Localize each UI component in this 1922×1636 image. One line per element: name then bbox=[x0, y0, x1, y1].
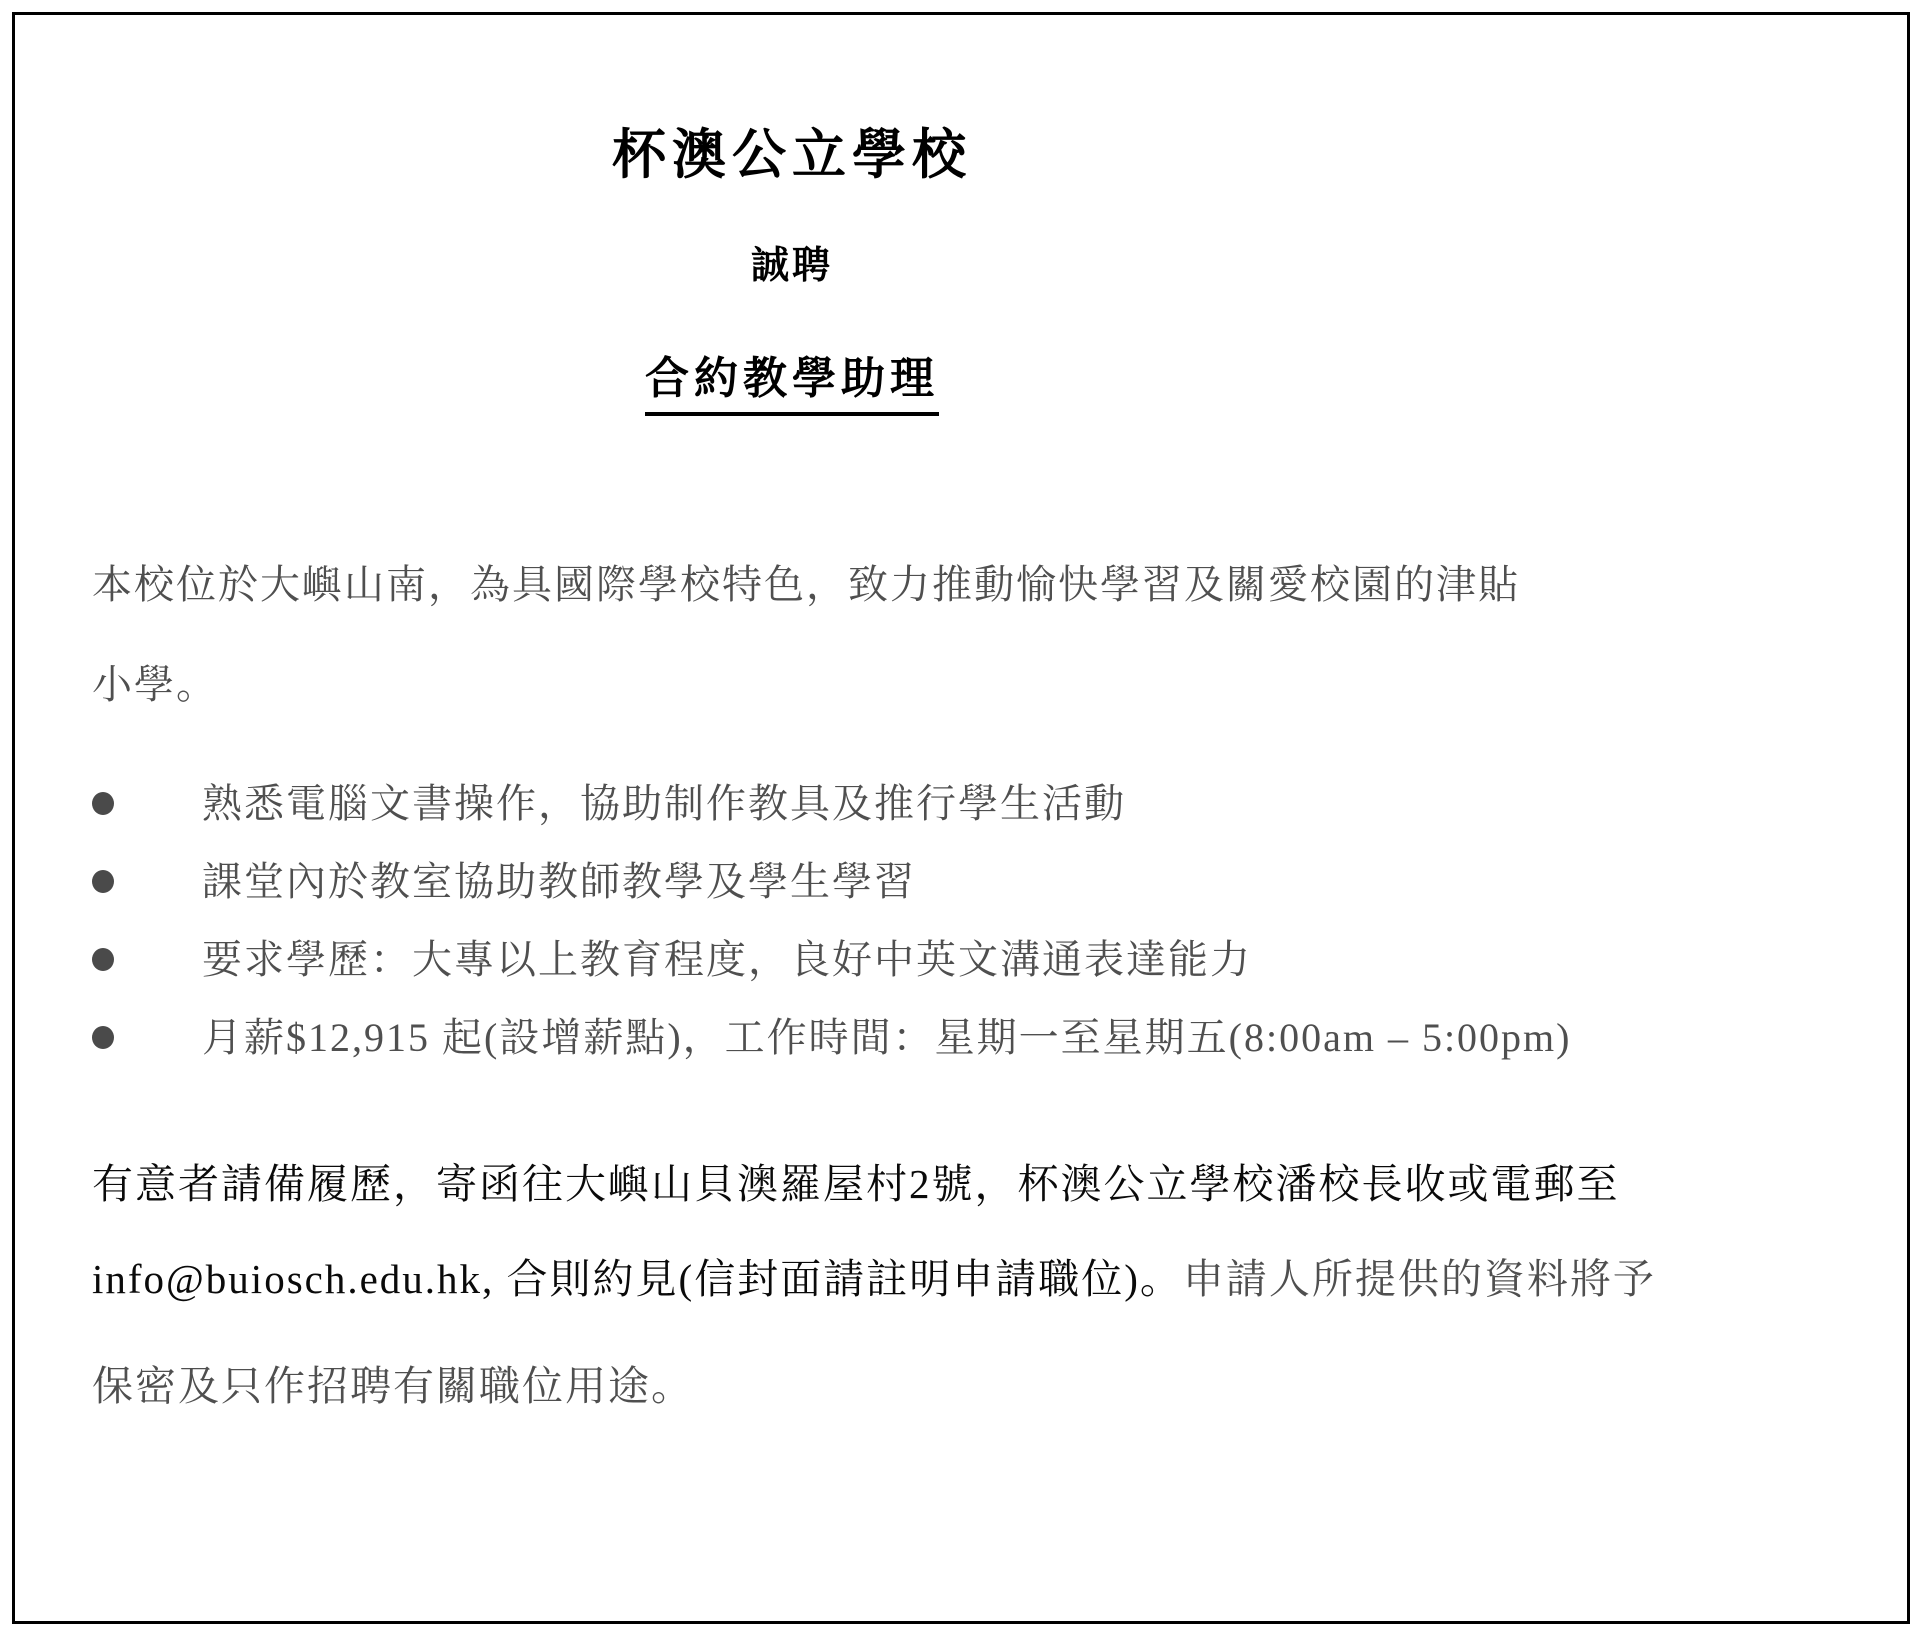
application-contact-email-text: info@buiosch.edu.hk, 合則約見(信封面請註明申請職位)。 bbox=[92, 1256, 1183, 1302]
list-item: 月薪$12,915 起(設增薪點)，工作時間：星期一至星期五(8:00am – … bbox=[92, 999, 1907, 1077]
bullet-icon bbox=[92, 870, 114, 893]
document-frame: 杯澳公立學校 誠聘 合約教學助理 本校位於大嶼山南，為具國際學校特色，致力推動愉… bbox=[12, 12, 1910, 1624]
bullet-icon bbox=[92, 1026, 114, 1049]
intro-paragraph: 本校位於大嶼山南，為具國際學校特色，致力推動愉快學習及關愛校園的津貼小學。 bbox=[92, 535, 1532, 735]
application-line2: info@buiosch.edu.hk, 合則約見(信封面請註明申請職位)。申請… bbox=[92, 1232, 1907, 1327]
privacy-note-end: 保密及只作招聘有關職位用途。 bbox=[92, 1339, 1907, 1434]
list-item: 要求學歷：大專以上教育程度，良好中英文溝通表達能力 bbox=[92, 921, 1907, 999]
list-item: 課堂內於教室協助教師教學及學生學習 bbox=[92, 843, 1907, 921]
bullet-icon bbox=[92, 792, 114, 815]
school-name-title: 杯澳公立學校 bbox=[92, 120, 1492, 190]
privacy-note-start: 申請人所提供的資料將予 bbox=[1183, 1256, 1656, 1302]
recruiting-label: 誠聘 bbox=[92, 242, 1492, 291]
application-instructions: 有意者請備履歷，寄函往大嶼山貝澳羅屋村2號，杯澳公立學校潘校長收或電郵至 inf… bbox=[92, 1137, 1907, 1434]
requirement-text: 課堂內於教室協助教師教學及學生學習 bbox=[202, 843, 916, 921]
position-title-line: 合約教學助理 bbox=[92, 350, 1492, 407]
position-title: 合約教學助理 bbox=[645, 354, 939, 416]
requirements-list: 熟悉電腦文書操作，協助制作教具及推行學生活動 課堂內於教室協助教師教學及學生學習… bbox=[92, 765, 1907, 1077]
requirement-text: 熟悉電腦文書操作，協助制作教具及推行學生活動 bbox=[202, 765, 1126, 843]
requirement-text: 月薪$12,915 起(設增薪點)，工作時間：星期一至星期五(8:00am – … bbox=[202, 999, 1572, 1077]
application-line1: 有意者請備履歷，寄函往大嶼山貝澳羅屋村2號，杯澳公立學校潘校長收或電郵至 bbox=[92, 1137, 1907, 1232]
list-item: 熟悉電腦文書操作，協助制作教具及推行學生活動 bbox=[92, 765, 1907, 843]
requirement-text: 要求學歷：大專以上教育程度，良好中英文溝通表達能力 bbox=[202, 921, 1252, 999]
bullet-icon bbox=[92, 948, 114, 971]
